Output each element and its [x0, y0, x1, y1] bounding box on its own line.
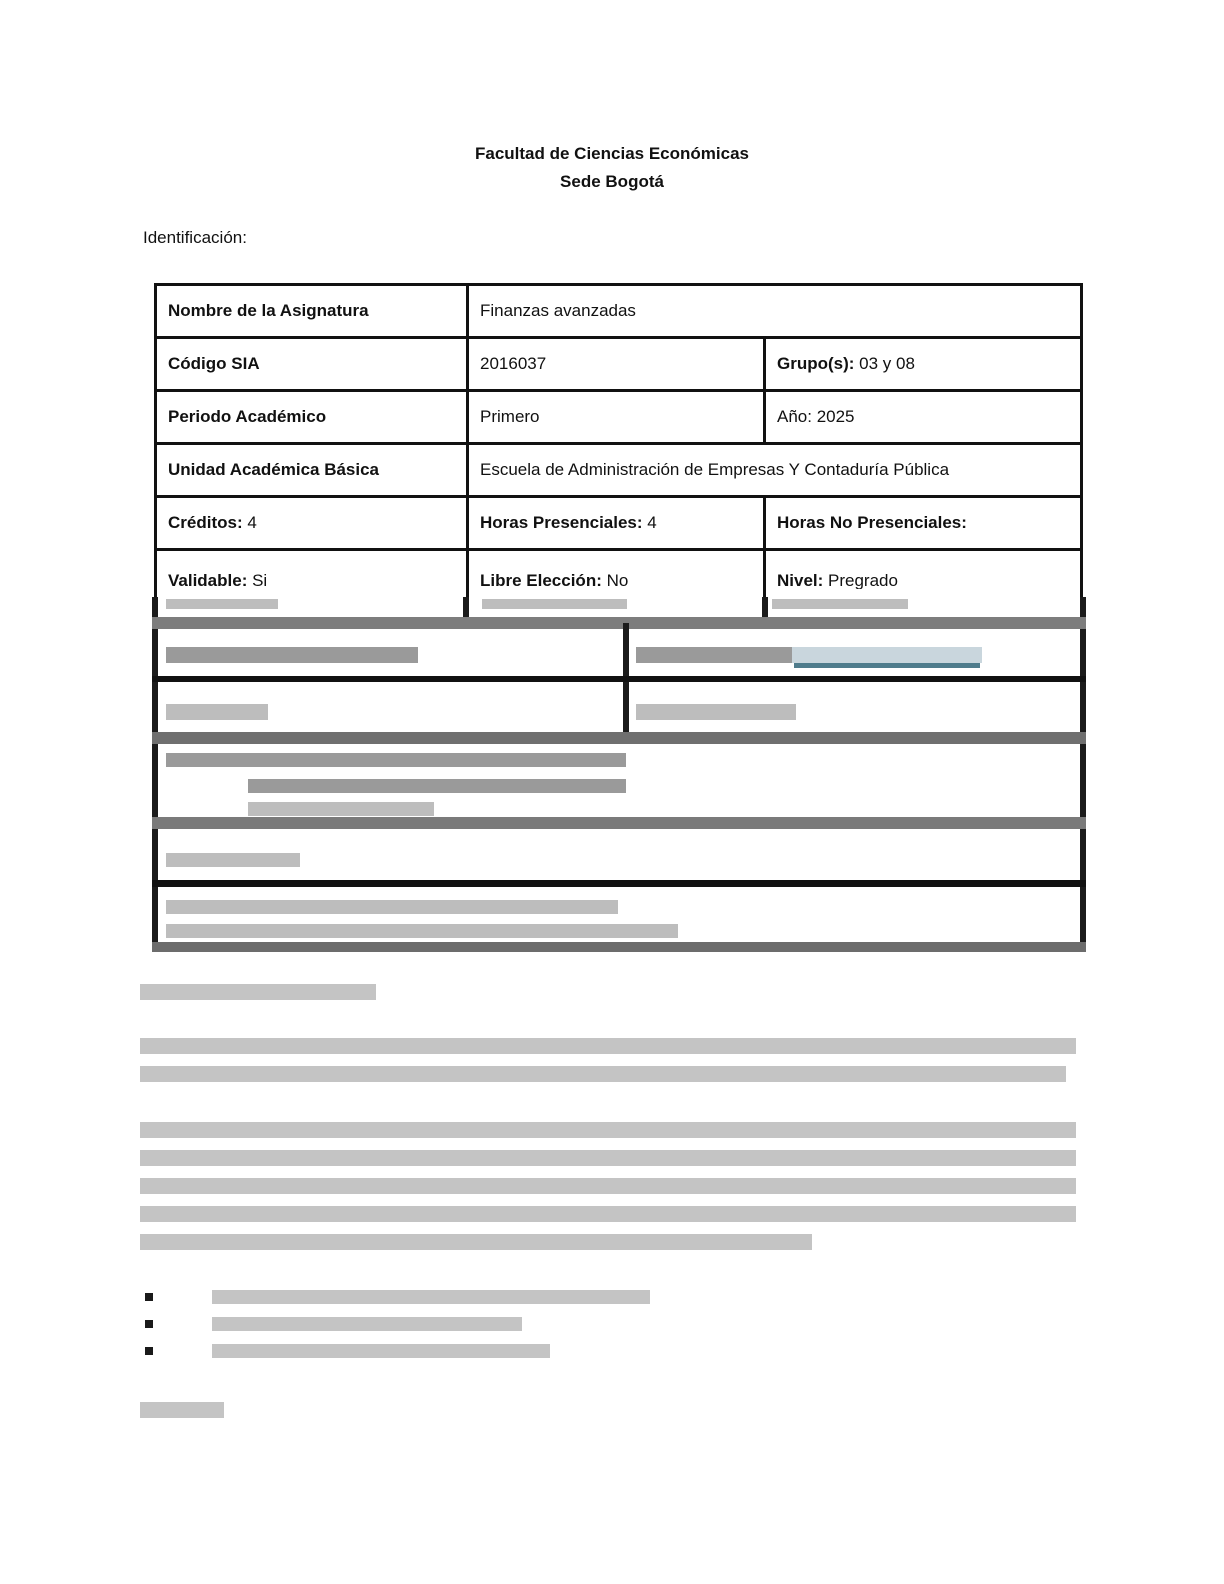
academic-unit-label: Unidad Académica Básica — [156, 444, 468, 497]
level-value: Pregrado — [823, 571, 898, 589]
validable-cell: Validable: Si — [156, 550, 468, 603]
table-row: Código SIA 2016037 Grupo(s): 03 y 08 — [156, 338, 1082, 391]
subject-name-label: Nombre de la Asignatura — [156, 285, 468, 338]
contact-hours-cell: Horas Presenciales: 4 — [468, 497, 765, 550]
redacted-paragraph-line — [140, 1066, 1066, 1082]
table-row: Validable: Si Libre Elección: No Nivel: … — [156, 550, 1082, 603]
credits-label: Créditos: — [168, 513, 243, 532]
redacted-text — [248, 779, 626, 793]
redacted-border — [152, 732, 1086, 744]
non-contact-hours-label: Horas No Presenciales: — [777, 513, 967, 532]
redacted-list-item — [212, 1317, 522, 1331]
redacted-text — [166, 647, 418, 663]
academic-unit-value: Escuela de Administración de Empresas Y … — [468, 444, 1082, 497]
groups-label: Grupo(s): — [777, 354, 854, 373]
redacted-heading — [140, 984, 376, 1000]
campus-title: Sede Bogotá — [0, 172, 1224, 192]
redacted-text — [482, 599, 627, 609]
redacted-text — [166, 599, 278, 609]
redacted-link — [792, 647, 982, 663]
redacted-border — [152, 597, 158, 952]
non-contact-hours-cell: Horas No Presenciales: — [765, 497, 1082, 550]
redacted-table-section — [152, 597, 1086, 952]
academic-period-value: Primero — [468, 391, 765, 444]
table-row: Unidad Académica Básica Escuela de Admin… — [156, 444, 1082, 497]
redacted-link-underline — [794, 663, 980, 668]
redacted-list-item — [212, 1290, 650, 1304]
redacted-text — [166, 704, 268, 720]
identificacion-heading: Identificación: — [143, 228, 247, 248]
redacted-text — [166, 753, 626, 767]
redacted-border — [152, 817, 1086, 829]
redacted-text — [248, 802, 434, 816]
redacted-paragraph-line — [140, 1150, 1076, 1166]
redacted-list-item — [212, 1344, 550, 1358]
subject-name-value: Finanzas avanzadas — [468, 285, 1082, 338]
bullet-icon — [145, 1347, 153, 1355]
credits-value: 4 — [243, 513, 257, 532]
redacted-border — [152, 676, 1086, 682]
groups-value: 03 y 08 — [854, 354, 915, 373]
redacted-paragraph-line — [140, 1206, 1076, 1222]
free-choice-label: Libre Elección: — [480, 571, 602, 589]
redacted-paragraph-line — [140, 1122, 1076, 1138]
year-value: Año: 2025 — [765, 391, 1082, 444]
redacted-paragraph-line — [140, 1038, 1076, 1054]
table-row: Periodo Académico Primero Año: 2025 — [156, 391, 1082, 444]
credits-cell: Créditos: 4 — [156, 497, 468, 550]
redacted-heading — [140, 1402, 224, 1418]
validable-label: Validable: — [168, 571, 247, 589]
redacted-border — [1080, 597, 1086, 952]
free-choice-cell: Libre Elección: No — [468, 550, 765, 603]
bullet-icon — [145, 1293, 153, 1301]
redacted-text — [636, 704, 796, 720]
redacted-text — [166, 924, 678, 938]
table-row: Nombre de la Asignatura Finanzas avanzad… — [156, 285, 1082, 338]
redacted-border — [152, 880, 1086, 887]
sia-code-label: Código SIA — [156, 338, 468, 391]
level-label: Nivel: — [777, 571, 823, 589]
document-page: Facultad de Ciencias Económicas Sede Bog… — [0, 0, 1224, 1584]
table-row: Créditos: 4 Horas Presenciales: 4 Horas … — [156, 497, 1082, 550]
contact-hours-label: Horas Presenciales: — [480, 513, 643, 532]
level-cell: Nivel: Pregrado — [765, 550, 1082, 603]
contact-hours-value: 4 — [643, 513, 657, 532]
redacted-text — [772, 599, 908, 609]
redacted-paragraph-line — [140, 1234, 812, 1250]
academic-period-label: Periodo Académico — [156, 391, 468, 444]
redacted-text — [166, 853, 300, 867]
sia-code-value: 2016037 — [468, 338, 765, 391]
redacted-border — [152, 617, 1086, 629]
bullet-icon — [145, 1320, 153, 1328]
free-choice-value: No — [602, 571, 628, 589]
validable-value: Si — [247, 571, 267, 589]
groups-cell: Grupo(s): 03 y 08 — [765, 338, 1082, 391]
redacted-border — [152, 942, 1086, 952]
redacted-paragraph-line — [140, 1178, 1076, 1194]
redacted-text — [166, 900, 618, 914]
redacted-text — [636, 647, 792, 663]
identification-table: Nombre de la Asignatura Finanzas avanzad… — [154, 283, 1083, 604]
faculty-title: Facultad de Ciencias Económicas — [0, 144, 1224, 164]
